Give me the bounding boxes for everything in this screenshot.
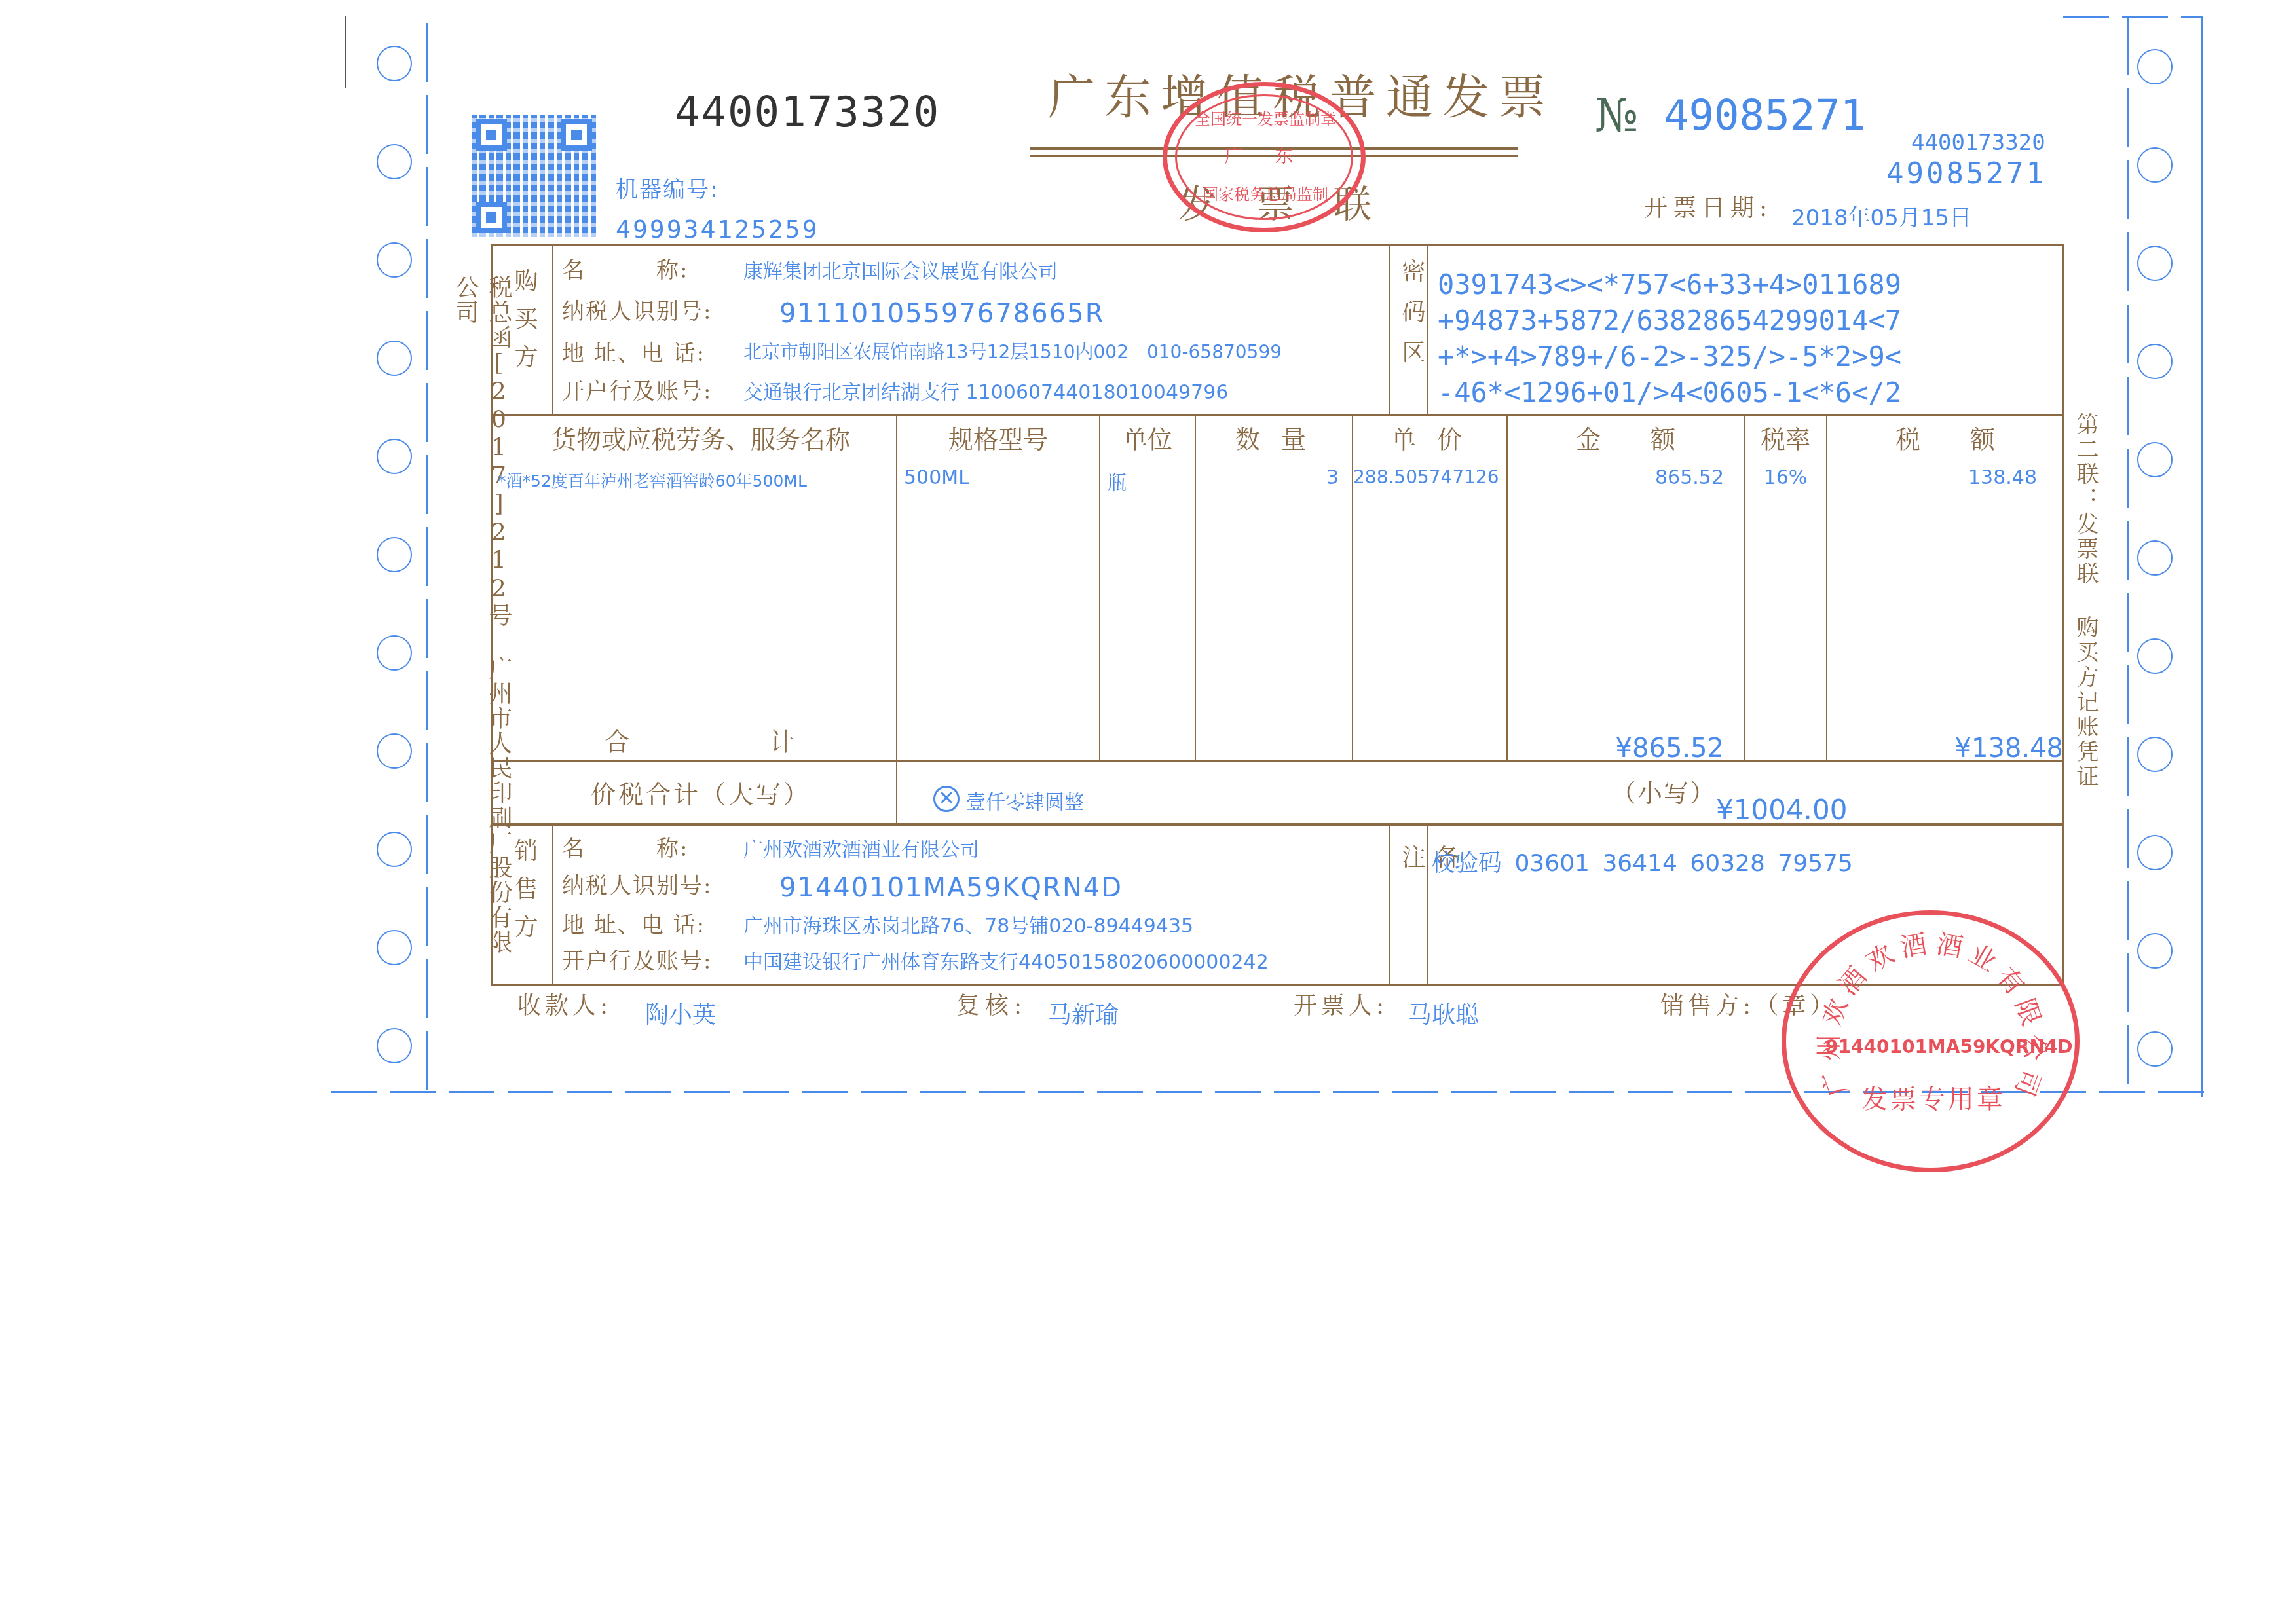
drawer-label: 开票人: [1294, 987, 1388, 1021]
cipher-line: +*>+4>789+/6-2>-325/>-5*2>9< [1438, 341, 1901, 373]
tractor-hole [2137, 933, 2173, 969]
grand-total-lower: ¥1004.00 [1716, 794, 1847, 826]
seller-field-label: 地 址、电 话: [562, 907, 705, 939]
rule-remarks-left [1389, 825, 1390, 986]
rule-seller-label [552, 825, 553, 986]
tractor-hole [2137, 638, 2173, 674]
reviewer: 马新瑜 [1048, 997, 1119, 1030]
rule-cipher-left [1389, 244, 1390, 415]
tractor-hole [377, 341, 412, 376]
item-tax: 138.48 [1827, 466, 2037, 489]
number-symbol: № [1595, 88, 1638, 142]
seller-field-label: 开户行及账号: [562, 943, 712, 975]
buyer-field-value: 交通银行北京团结湖支行 110060744018010049796 [743, 376, 1228, 405]
rule-buyer-bottom [491, 414, 2064, 416]
tractor-hole [377, 733, 412, 769]
col-header-price: 单 价 [1353, 419, 1506, 455]
item-amount: 865.52 [1508, 466, 1724, 489]
stamp-char: 限 [2008, 993, 2052, 1030]
seller-field-label: 名 称: [562, 830, 688, 862]
tractor-hole [2137, 442, 2173, 477]
stamp-char: 酒 [1933, 923, 1966, 965]
tractor-hole [377, 635, 412, 671]
tractor-hole [2137, 1031, 2173, 1067]
col-header-unit: 单位 [1100, 419, 1195, 455]
payee-label: 收款人: [517, 987, 612, 1021]
grand-total-upper: 壹仟零肆圆整 [966, 786, 1084, 815]
buyer-field-label: 地 址、电 话: [562, 335, 705, 367]
invoice-number-small: 49085271 [1886, 157, 2046, 191]
machine-number-label: 机器编号: [616, 172, 718, 204]
issue-date-label: 开票日期: [1644, 190, 1772, 223]
buyer-field-label: 名 称: [562, 252, 688, 284]
cipher-line: 0391743<><*757<6+33+4>011689 [1438, 268, 1901, 301]
cipher-line: +94873+5872/63828654299014<7 [1438, 304, 1901, 337]
drawer: 马耿聪 [1408, 997, 1479, 1030]
tractor-hole [377, 832, 412, 867]
stamp-char: 业 [1963, 934, 2004, 979]
buyer-section-label: 购买方 [508, 268, 541, 399]
col-header-rate: 税率 [1745, 419, 1826, 455]
buyer-field-label: 纳税人识别号: [562, 293, 712, 325]
tractor-hole [377, 537, 412, 572]
tractor-hole [377, 144, 412, 179]
seller-field-value: 91440101MA59KQRN4D [779, 873, 1123, 903]
seller-field-value: 广州市海珠区赤岗北路76、78号铺020-89449435 [743, 910, 1193, 938]
col-header-qty: 数 量 [1196, 419, 1352, 455]
tax-bureau-stamp: 全国统一发票监制章 广 东 国家税务总局监制 [1163, 82, 1366, 232]
buyer-field-value: 北京市朝阳区农展馆南路13号12层1510内002 010-65870599 [743, 338, 1282, 364]
tax-stamp-middle: 广 东 [1193, 142, 1337, 168]
right-border [2201, 16, 2203, 1097]
stamp-tax-id: 91440101MA59KQRN4D [1825, 1036, 2042, 1058]
col-header-name: 货物或应税劳务、服务名称 [511, 419, 891, 455]
item-name: *酒*52度百年泸州老窖酒窖龄60年500ML [498, 468, 807, 492]
tractor-hole [2137, 147, 2173, 183]
copy-purpose: 第二联：发票联 购买方记账凭证 [2070, 413, 2102, 819]
circle-x-icon: ✕ [933, 786, 960, 812]
stamp-char: 有 [1989, 958, 2034, 1002]
seller-field-value: 中国建设银行广州体育东路支行44050158020600000242 [743, 946, 1269, 974]
stamp-char: 欢 [1858, 934, 1899, 979]
perforation-left [426, 23, 428, 1097]
cipher-area-label: 密码区 [1395, 259, 1428, 403]
tractor-hole [377, 439, 412, 474]
col-header-spec: 规格型号 [897, 419, 1099, 455]
seller-field-value: 广州欢酒欢酒酒业有限公司 [743, 833, 979, 862]
issue-date: 2018年05月15日 [1791, 200, 1971, 232]
tractor-hole [2137, 835, 2173, 870]
tractor-hole [377, 46, 412, 81]
edge-mark [345, 16, 346, 88]
total-tax: ¥138.48 [1827, 733, 2063, 764]
qr-code [472, 115, 596, 237]
total-label: 合 计 [511, 722, 891, 758]
top-dash-right [2063, 16, 2203, 18]
tax-stamp-bottom: 国家税务总局监制 [1193, 181, 1337, 204]
machine-number: 499934125259 [616, 215, 819, 244]
invoice-code-small: 4400173320 [1911, 130, 2045, 156]
invoice-code-large: 4400173320 [675, 88, 940, 137]
item-spec: 500ML [904, 466, 969, 489]
tractor-hole [2137, 246, 2173, 281]
seller-section-label: 销售方 [508, 838, 541, 976]
item-unit: 瓶 [1107, 466, 1127, 495]
rule-col-unit [1099, 414, 1100, 761]
tax-stamp-top: 全国统一发票监制章 [1193, 106, 1337, 129]
buyer-field-value: 91110105597678665R [779, 299, 1104, 329]
stamp-char: 欢 [1811, 993, 1855, 1030]
tractor-hole [377, 930, 412, 965]
item-unit-price: 288.505747126 [1353, 466, 1499, 488]
tractor-hole [377, 242, 412, 278]
verification-code: 校验码 03601 36414 60328 79575 [1431, 845, 1853, 878]
col-header-tax: 税 额 [1827, 419, 2063, 455]
seller-invoice-stamp: 广州欢酒欢酒酒业有限公司 91440101MA59KQRN4D 发票专用章 [1782, 910, 2080, 1172]
grand-total-label: 价税合计（大写） [511, 774, 891, 810]
buyer-field-value: 康辉集团北京国际会议展览有限公司 [743, 255, 1058, 284]
seller-field-label: 纳税人识别号: [562, 868, 712, 900]
item-quantity: 3 [1196, 466, 1339, 489]
rule-col-spec [896, 414, 897, 825]
col-header-amount: 金 额 [1508, 419, 1744, 455]
buyer-field-label: 开户行及账号: [562, 373, 712, 405]
stamp-caption: 发票专用章 [1825, 1079, 2042, 1116]
rule-buyer-label [552, 244, 553, 415]
item-tax-rate: 16% [1745, 466, 1826, 489]
stamp-char: 酒 [1829, 958, 1874, 1002]
cipher-line: -46*<1296+01/>4<0605-1<*6</2 [1438, 377, 1901, 409]
invoice-number-large: 49085271 [1664, 92, 1865, 140]
tractor-hole [2137, 49, 2173, 84]
stamp-char: 酒 [1897, 923, 1930, 965]
grand-total-lower-label: （小写） [1611, 773, 1716, 809]
perforation-right [2127, 16, 2129, 1097]
tractor-hole [377, 1028, 412, 1063]
tractor-hole [2137, 540, 2173, 576]
reviewer-label: 复核: [956, 987, 1027, 1021]
total-amount: ¥865.52 [1508, 733, 1724, 764]
payee: 陶小英 [645, 997, 716, 1030]
tractor-hole [2137, 344, 2173, 379]
tractor-hole [2137, 737, 2173, 772]
